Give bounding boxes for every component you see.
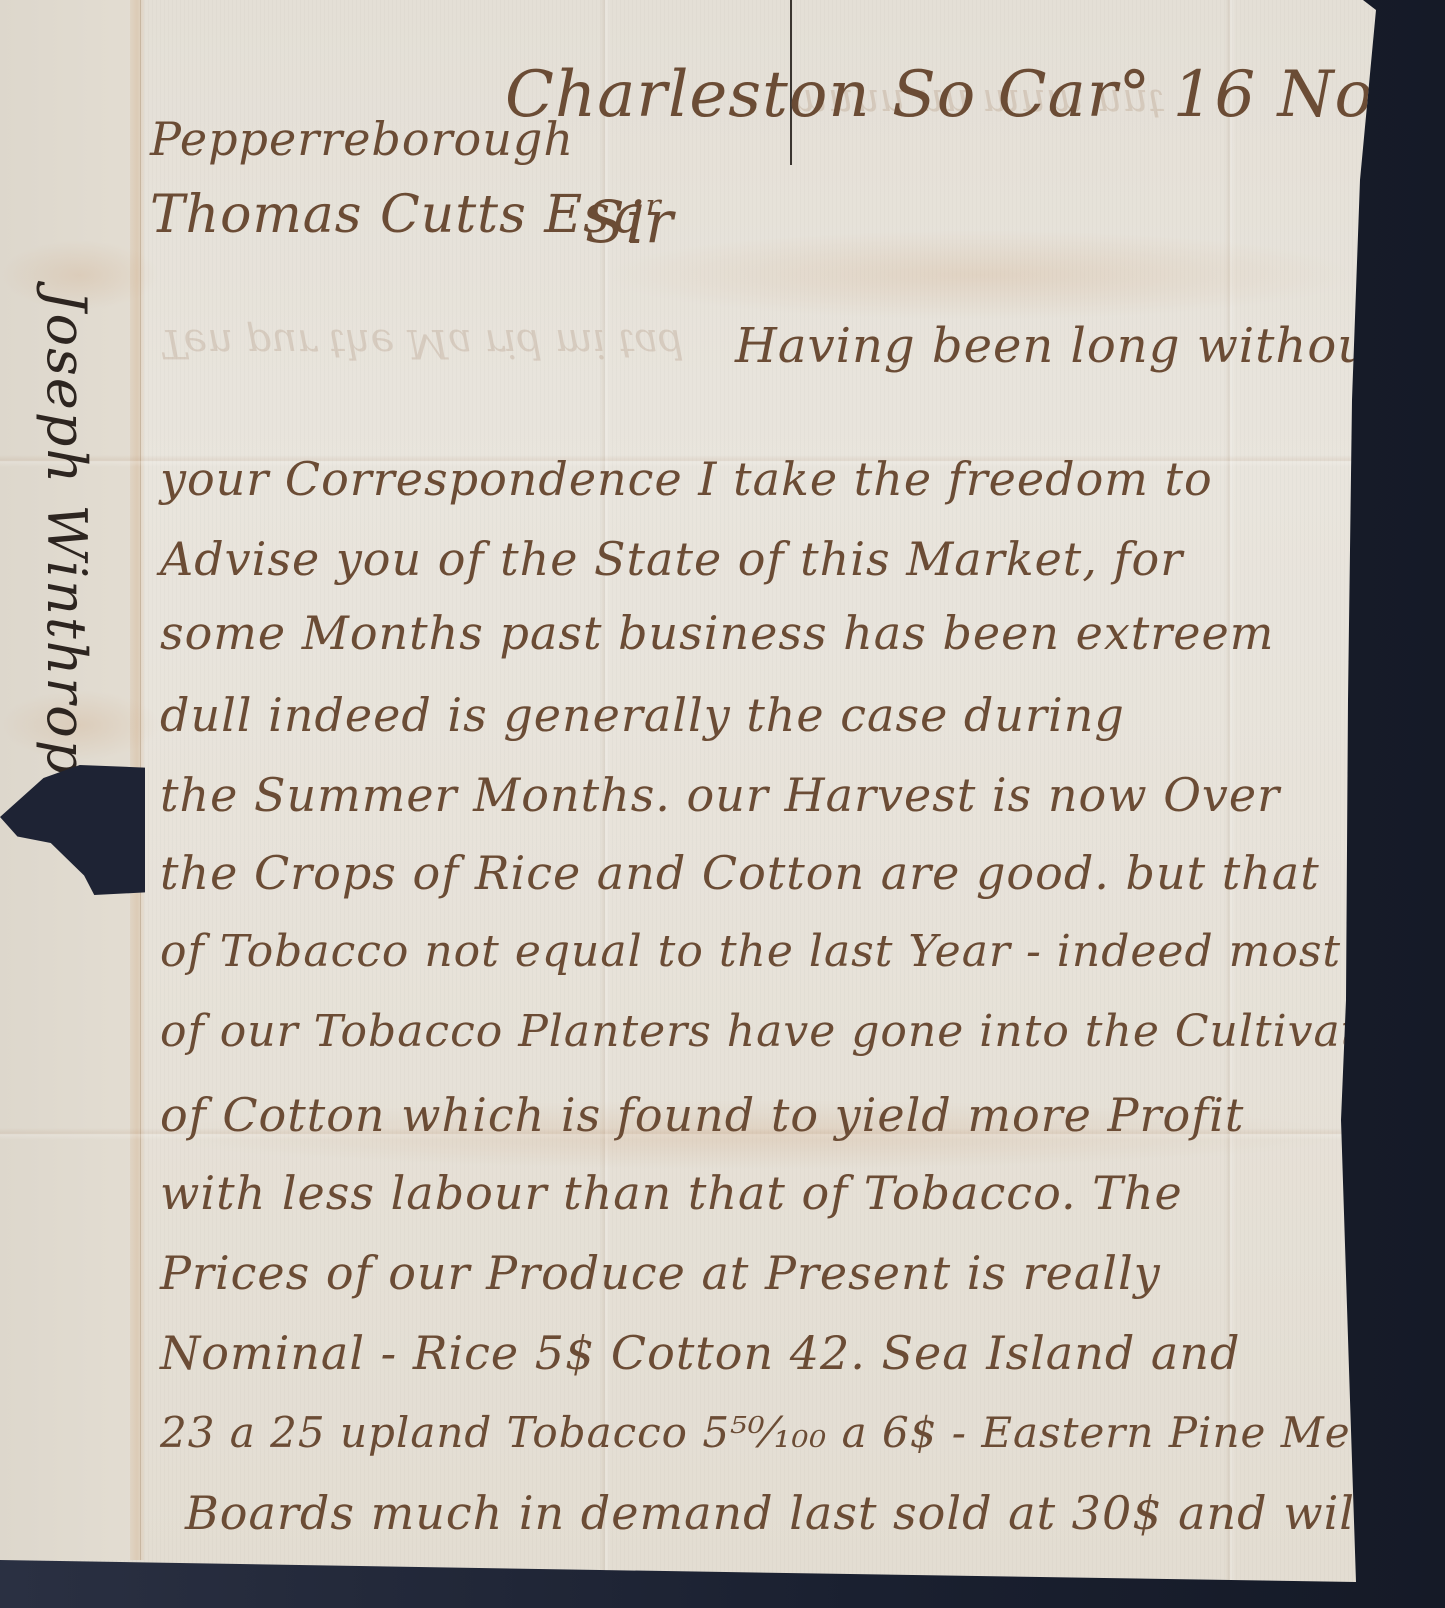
- body-line: of our Tobacco Planters have gone into t…: [160, 1006, 1431, 1057]
- letter-paper: Ten pur the Ma rid mi tad mnnn nn mnm nn…: [0, 0, 1376, 1582]
- body-line: the Summer Months. our Harvest is now Ov…: [160, 768, 1280, 822]
- body-line: of Tobacco not equal to the last Year - …: [160, 926, 1341, 977]
- body-line: Having been long without: [735, 318, 1389, 374]
- body-line: some Months past business has been extre…: [160, 606, 1274, 660]
- body-line: Boards much in demand last sold at 30$ a…: [185, 1486, 1371, 1540]
- salutation: Sir: [585, 188, 674, 256]
- body-line: 23 a 25 upland Tobacco 5⁵⁰⁄₁₀₀ a 6$ - Ea…: [160, 1408, 1440, 1457]
- body-line: of Cotton which is found to yield more P…: [160, 1088, 1244, 1142]
- body-line: dull indeed is generally the case during: [160, 688, 1125, 742]
- body-line: Prices of our Produce at Present is real…: [160, 1246, 1161, 1300]
- bleed-through-text: Ten pur the Ma rid mi tad: [160, 320, 684, 366]
- body-line: Advise you of the State of this Market, …: [160, 532, 1183, 586]
- body-line: the Crops of Rice and Cotton are good. b…: [160, 846, 1320, 900]
- margin-signature: Joseph Winthrop: [18, 290, 98, 750]
- body-line: Nominal - Rice 5$ Cotton 42. Sea Island …: [160, 1326, 1240, 1380]
- body-line: your Correspondence I take the freedom t…: [160, 452, 1213, 506]
- body-line: with less labour than that of Tobacco. T…: [160, 1166, 1183, 1220]
- water-stain: [600, 230, 1360, 320]
- dateline: Charleston So Car° 16 Novʳ 1801: [505, 58, 1445, 132]
